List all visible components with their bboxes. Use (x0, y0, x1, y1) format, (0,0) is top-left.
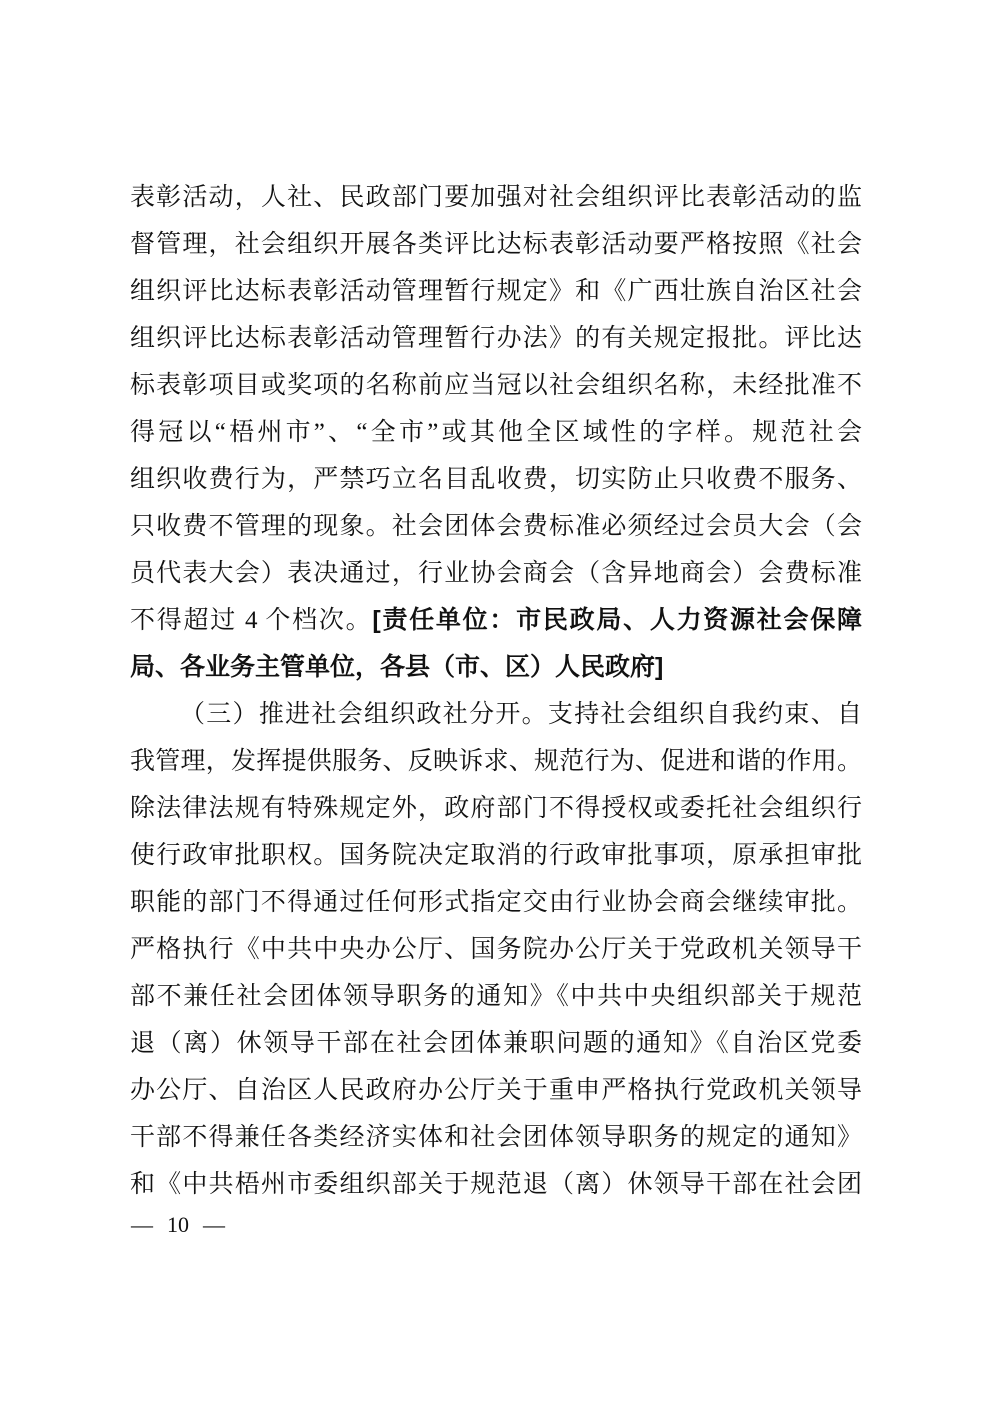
body-text: 办公厅、自治区人民政府办公厅关于重申严格执行党政机关领导 (130, 1077, 862, 1104)
text-line: 和《中共梧州市委组织部关于规范退（离）休领导干部在社会团 (130, 1161, 862, 1208)
text-line: 员代表大会）表决通过，行业协会商会（含异地商会）会费标准 (130, 550, 862, 597)
text-line: 办公厅、自治区人民政府办公厅关于重申严格执行党政机关领导 (130, 1067, 862, 1114)
text-line: 职能的部门不得通过任何形式指定交由行业协会商会继续审批。 (130, 879, 862, 926)
body-text: 使行政审批职权。国务院决定取消的行政审批事项，原承担审批 (130, 842, 862, 869)
body-text: 干部不得兼任各类经济实体和社会团体领导职务的规定的通知》 (130, 1124, 862, 1151)
text-line: 使行政审批职权。国务院决定取消的行政审批事项，原承担审批 (130, 832, 862, 879)
text-line: 只收费不管理的现象。社会团体会费标准必须经过会员大会（会 (130, 503, 862, 550)
page-footer: — 10 — (131, 1208, 225, 1242)
text-line: 不得超过 4 个档次。[责任单位：市民政局、人力资源社会保障 (130, 597, 862, 644)
body-text: 我管理，发挥提供服务、反映诉求、规范行为、促进和谐的作用。 (130, 748, 862, 775)
text-line: 组织收费行为，严禁巧立名目乱收费，切实防止只收费不服务、 (130, 456, 862, 503)
body-text: 表彰活动，人社、民政部门要加强对社会组织评比表彰活动的监 (130, 184, 862, 211)
body-text: 督管理，社会组织开展各类评比达标表彰活动要严格按照《社会 (130, 231, 862, 258)
text-line: 我管理，发挥提供服务、反映诉求、规范行为、促进和谐的作用。 (130, 738, 862, 785)
footer-dash-right: — (203, 1212, 225, 1238)
text-line: 局、各业务主管单位，各县（市、区）人民政府] (130, 644, 862, 691)
text-line: （三）推进社会组织政社分开。支持社会组织自我约束、自 (130, 691, 862, 738)
body-text: 标表彰项目或奖项的名称前应当冠以社会组织名称，未经批准不 (130, 372, 862, 399)
body-text: 只收费不管理的现象。社会团体会费标准必须经过会员大会（会 (130, 513, 862, 540)
text-line: 部不兼任社会团体领导职务的通知》《中共中央组织部关于规范 (130, 973, 862, 1020)
text-line: 严格执行《中共中央办公厅、国务院办公厅关于党政机关领导干 (130, 926, 862, 973)
body-text: 部不兼任社会团体领导职务的通知》《中共中央组织部关于规范 (130, 983, 862, 1010)
body-text: 不得超过 4 个档次。 (130, 607, 372, 634)
body-text: 除法律法规有特殊规定外，政府部门不得授权或委托社会组织行 (130, 795, 862, 822)
body-text: 组织评比达标表彰活动管理暂行办法》的有关规定报批。评比达 (130, 325, 862, 352)
document-page: 表彰活动，人社、民政部门要加强对社会组织评比表彰活动的监督管理，社会组织开展各类… (0, 0, 992, 1403)
text-line: 除法律法规有特殊规定外，政府部门不得授权或委托社会组织行 (130, 785, 862, 832)
body-text: 和《中共梧州市委组织部关于规范退（离）休领导干部在社会团 (130, 1171, 862, 1198)
body-text: 严格执行《中共中央办公厅、国务院办公厅关于党政机关领导干 (130, 936, 862, 963)
body-text: 职能的部门不得通过任何形式指定交由行业协会商会继续审批。 (130, 889, 862, 916)
text-line: 标表彰项目或奖项的名称前应当冠以社会组织名称，未经批准不 (130, 362, 862, 409)
responsibility-unit-text: 局、各业务主管单位，各县（市、区）人民政府] (130, 653, 663, 681)
body-text: 组织收费行为，严禁巧立名目乱收费，切实防止只收费不服务、 (130, 466, 862, 493)
text-line: 督管理，社会组织开展各类评比达标表彰活动要严格按照《社会 (130, 221, 862, 268)
body-text: 得冠以“梧州市”、“全市”或其他全区域性的字样。规范社会 (130, 419, 862, 446)
text-line: 表彰活动，人社、民政部门要加强对社会组织评比表彰活动的监 (130, 174, 862, 221)
footer-dash-left: — (131, 1212, 153, 1238)
body-text: （三）推进社会组织政社分开。支持社会组织自我约束、自 (180, 701, 862, 728)
body-text: 退（离）休领导干部在社会团体兼职问题的通知》《自治区党委 (130, 1030, 862, 1057)
text-line: 组织评比达标表彰活动管理暂行规定》和《广西壮族自治区社会 (130, 268, 862, 315)
page-number: 10 (167, 1212, 189, 1238)
document-body: 表彰活动，人社、民政部门要加强对社会组织评比表彰活动的监督管理，社会组织开展各类… (130, 174, 862, 1208)
text-line: 退（离）休领导干部在社会团体兼职问题的通知》《自治区党委 (130, 1020, 862, 1067)
responsibility-unit-text: [责任单位：市民政局、人力资源社会保障 (372, 606, 862, 634)
text-line: 得冠以“梧州市”、“全市”或其他全区域性的字样。规范社会 (130, 409, 862, 456)
text-line: 组织评比达标表彰活动管理暂行办法》的有关规定报批。评比达 (130, 315, 862, 362)
body-text: 员代表大会）表决通过，行业协会商会（含异地商会）会费标准 (130, 560, 862, 587)
text-line: 干部不得兼任各类经济实体和社会团体领导职务的规定的通知》 (130, 1114, 862, 1161)
body-text: 组织评比达标表彰活动管理暂行规定》和《广西壮族自治区社会 (130, 278, 862, 305)
